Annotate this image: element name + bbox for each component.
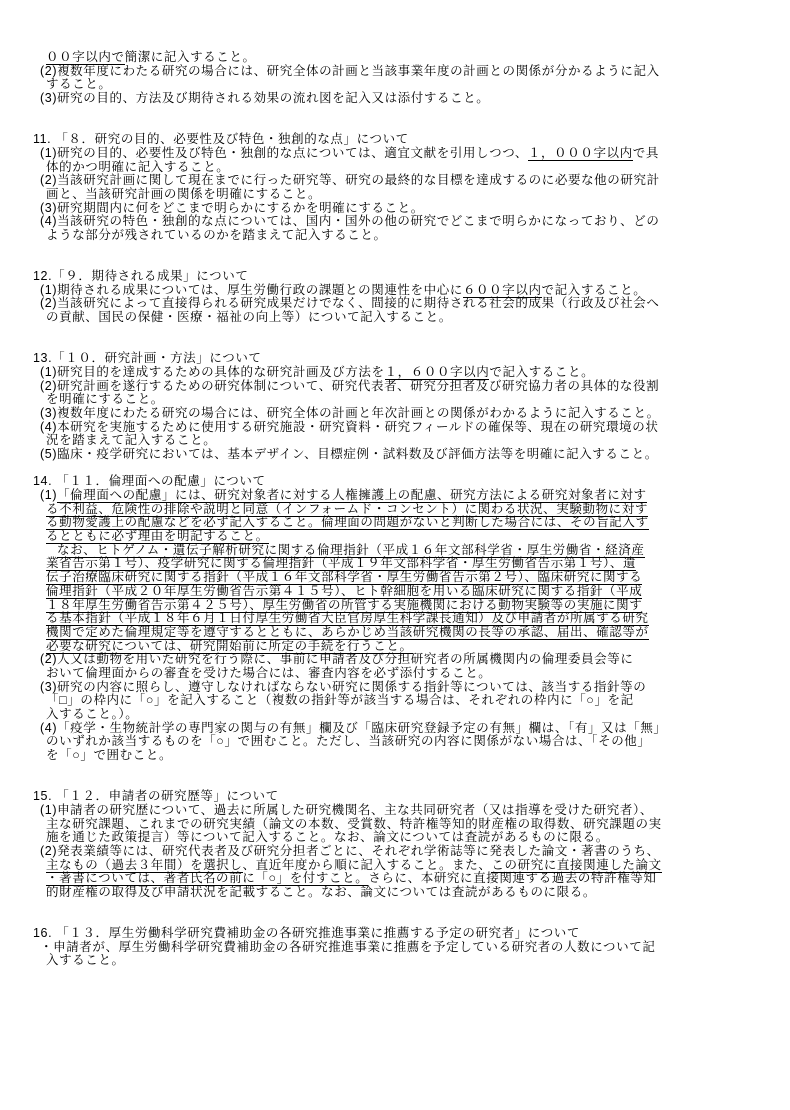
text-line: 況を踏まえて記入すること。 (46, 434, 790, 448)
text-line: 「□」の枠内に「○」を記入すること（複数の指針等が該当する場合は、それぞれの枠内… (46, 694, 790, 708)
text-line: 伝子治療臨床研究に関する指針（平成１６年文部科学省・厚生労働省告示第２号）、臨床… (46, 571, 790, 585)
text-segment: を明確にすること。 (46, 392, 164, 406)
text-segment: (2)発表業績等には、研究代表者及び研究分担者ごとに、それぞれ学術誌等に発表した… (40, 844, 660, 858)
text-line: (1)研究の目的、必要性及び特色・独創的な点については、適宜文献を引用しつつ、１… (40, 147, 790, 161)
text-segment: 体的かつ明確に記入すること。 (46, 160, 229, 174)
text-line: ・申請者が、厚生労働科学研究費補助金の各研究推進事業に推薦を予定している研究者の… (40, 941, 790, 955)
text-segment: (2)当該研究計画に関して現在までに行った研究等、研究の最終的な目標を達成するの… (40, 173, 660, 187)
text-segment: ような部分が残されているのかを踏まえて記入すること。 (46, 228, 387, 242)
text-segment: (5)臨床・疫学研究においては、基本デザイン、目標症例・試料数及び評価方法等を明… (40, 447, 658, 461)
text-segment: (4)本研究を実施するために使用する研究施設・研究資料・研究フィールドの確保等、… (40, 420, 658, 434)
text-segment: 、直近年度から順に記入すること。また、 (243, 858, 492, 872)
text-segment: のいずれか該当するものを「○」で囲むこと。ただし、当該研究の内容に関係がない場合… (46, 734, 651, 748)
text-segment: 簡潔に記入すること。 (125, 50, 256, 64)
section-14: 14. 「１１．倫理面への配慮」について(1)「倫理面への配慮」には、研究対象者… (0, 475, 790, 762)
text-segment: (3)研究期間内に何をどこまで明らかにするかを明確にすること。 (40, 201, 424, 215)
text-segment: 入すること。 (46, 953, 125, 967)
text-line: 13.「１０．研究計画・方法」について (33, 352, 790, 366)
section-16: 16. 「１３．厚生労働科学研究費補助金の各研究推進事業に推薦する予定の研究者」… (0, 927, 790, 968)
text-segment: 12.「９．期待される成果」について (33, 269, 248, 283)
underlined-text: 機関で定めた倫理規定等を遵守するとともに、あらかじめ当該研究機関の長等の承認、届… (46, 625, 649, 640)
text-line: (2)当該研究計画に関して現在までに行った研究等、研究の最終的な目標を達成するの… (40, 174, 790, 188)
text-segment: (2)研究計画を遂行するための研究体制について、研究代表者、研究分担者及び研究協… (40, 379, 659, 393)
text-segment: (1)研究の目的、必要性及び特色・独創的な点については、適宜文献を引用しつつ、 (40, 146, 528, 160)
text-line: (4)当該研究の特色・独創的な点については、国内・国外の他の研究でどこまで明らか… (40, 215, 790, 229)
text-segment: (1)期待される成果については、厚生労働行政の課題との関連性を中心に (40, 283, 463, 297)
text-line: を明確にすること。 (46, 393, 790, 407)
text-segment: (2)複数年度にわたる研究の場合には、研究全体の計画と当該事業年度の計画との関係… (40, 64, 660, 78)
text-line: ような部分が残されているのかを踏まえて記入すること。 (46, 229, 790, 243)
text-line: る基本指針（平成１８年６月１日付厚生労働省大臣官房厚生科学課長通知）及び申請者が… (46, 612, 790, 626)
text-line: (2)複数年度にわたる研究の場合には、研究全体の計画と当該事業年度の計画との関係… (40, 65, 790, 79)
text-line: るとともに必ず理由を明記すること。 (46, 530, 790, 544)
underlined-text: 伝子治療臨床研究に関する指針（平成１６年文部科学省・厚生労働省告示第２号）、臨床… (46, 570, 642, 585)
text-line: 施を通じた政策提言）等について記入すること。なお、論文については査読があるものに… (46, 831, 790, 845)
text-segment: 11. 「８．研究の目的、必要性及び特色・独創的な点」について (33, 132, 409, 146)
text-segment: を「○」で囲むこと。 (46, 748, 172, 762)
text-segment: 主な研究課題、これまでの研究実績（論文の本数、受賞数、特許権等知的財産権の取得数… (46, 817, 662, 831)
text-line: (1)研究目的を達成するための具体的な研究計画及び方法を１，６００字以内で記入す… (40, 366, 790, 380)
text-line: 16. 「１３．厚生労働科学研究費補助金の各研究推進事業に推薦する予定の研究者」… (33, 927, 790, 941)
text-line: を「○」で囲むこと。 (46, 749, 790, 763)
text-segment: 的財産権の取得及び申請状況を記載すること。なお、論文については査読があるものに限… (46, 885, 596, 899)
text-line: のいずれか該当するものを「○」で囲むこと。ただし、当該研究の内容に関係がない場合… (46, 735, 790, 749)
text-line: 倫理指針（平成２０年厚生労働省告示第４１５号）、ヒト幹細胞を用いる臨床研究に関す… (46, 585, 790, 599)
underlined-text: るとともに必ず理由を明記すること。 (46, 529, 269, 544)
text-line: (3)研究の目的、方法及び期待される効果の流れ図を記入又は添付すること。 (40, 92, 790, 106)
text-segment: (3)研究の目的、方法及び期待される効果の流れ図を記入又は添付すること。 (40, 91, 489, 105)
text-segment: で記入すること。 (542, 283, 647, 297)
underlined-text: １，０００字以内 (528, 146, 633, 161)
text-line: (1)「倫理面への配慮」には、研究対象者に対する人権擁護上の配慮、研究方法による… (40, 489, 790, 503)
text-segment: 14. 「１１．倫理面への配慮」について (33, 474, 266, 488)
text-line: 14. 「１１．倫理面への配慮」について (33, 475, 790, 489)
text-segment: (3)複数年度にわたる研究の場合には、研究全体の計画と年次計画との関係がわかるよ… (40, 406, 660, 420)
text-segment: 13.「１０．研究計画・方法」について (33, 351, 262, 365)
text-line: すること。 (46, 78, 790, 92)
underlined-text: 倫理指針（平成２０年厚生労働省告示第４１５号）、ヒト幹細胞を用いる臨床研究に関す… (46, 584, 642, 599)
text-line: 入すること。 (46, 954, 790, 968)
text-segment: (3)研究の内容に照らし、遵守しなければならない研究に関係する指針等については、… (40, 680, 646, 694)
text-segment: おいて倫理面からの審査を受けた場合には、審査内容を必ず添付すること。 (46, 666, 491, 680)
text-line: の貢献、国民の保健・医療・福祉の向上等）について記入すること。 (46, 311, 790, 325)
text-segment: (2)人又は動物を用いた研究を行う際に、事前に申請者及び分担研究者の所属機関内の… (40, 652, 633, 666)
item-10-continuation: ００字以内で簡潔に記入すること。(2)複数年度にわたる研究の場合には、研究全体の… (0, 51, 790, 106)
text-segment: ・申請者が、厚生労働科学研究費補助金の各研究推進事業に推薦を予定している研究者の… (40, 940, 655, 954)
text-line: 入すること。）。 (46, 708, 790, 722)
text-segment: で記入すること。 (489, 365, 594, 379)
text-line: (2)発表業績等には、研究代表者及び研究分担者ごとに、それぞれ学術誌等に発表した… (40, 845, 790, 859)
text-line: 機関で定めた倫理規定等を遵守するとともに、あらかじめ当該研究機関の長等の承認、届… (46, 626, 790, 640)
text-line: (1)申請者の研究歴について、過去に所属した研究機関名、主な共同研究者（又は指導… (40, 804, 790, 818)
document-body: ００字以内で簡潔に記入すること。(2)複数年度にわたる研究の場合には、研究全体の… (0, 51, 790, 968)
text-segment: (4)「疫学・生物統計学の専門家の関与の有無」欄及び「臨床研究登録予定の有無」欄… (40, 721, 667, 735)
text-segment: (2)当該研究によって直接得られる研究成果だけでなく、間接的に期待される社会的成… (40, 296, 659, 310)
text-line: ・著書については、著者氏名の前に「○」を付すこと。さらに、本研究に直接関連する過… (46, 872, 790, 886)
underlined-text: 「倫理面への配慮」には、研究対象者に対する人権擁護上の配慮、研究方法による研究対… (57, 488, 647, 503)
section-11: 11. 「８．研究の目的、必要性及び特色・独創的な点」について(1)研究の目的、… (0, 133, 790, 243)
text-line: (3)複数年度にわたる研究の場合には、研究全体の計画と年次計画との関係がわかるよ… (40, 407, 790, 421)
text-segment: 入すること。）。 (46, 707, 138, 721)
text-segment: で具 (633, 146, 659, 160)
text-line: 15. 「１２．申請者の研究歴等」について (33, 790, 790, 804)
section-12: 12.「９．期待される成果」について(1)期待される成果については、厚生労働行政… (0, 270, 790, 325)
text-line: (5)臨床・疫学研究においては、基本デザイン、目標症例・試料数及び評価方法等を明… (40, 448, 790, 462)
text-segment: (1) (40, 488, 57, 502)
section-15: 15. 「１２．申請者の研究歴等」について(1)申請者の研究歴について、過去に所… (0, 790, 790, 900)
document-page: ００字以内で簡潔に記入すること。(2)複数年度にわたる研究の場合には、研究全体の… (0, 0, 790, 1110)
text-segment: 「□」の枠内に「○」を記入すること（複数の指針等が該当する場合は、それぞれの枠内… (46, 693, 634, 707)
text-segment: すること。 (46, 77, 112, 91)
text-segment: さらに、本研究に直接関連する過去の特許権等知 (368, 871, 656, 885)
text-line: (2)人又は動物を用いた研究を行う際に、事前に申請者及び分担研究者の所属機関内の… (40, 653, 790, 667)
text-line: おいて倫理面からの審査を受けた場合には、審査内容を必ず添付すること。 (46, 667, 790, 681)
section-13: 13.「１０．研究計画・方法」について(1)研究目的を達成するための具体的な研究… (0, 352, 790, 462)
text-line: 的財産権の取得及び申請状況を記載すること。なお、論文については査読があるものに限… (46, 886, 790, 900)
text-segment: の貢献、国民の保健・医療・福祉の向上等）について記入すること。 (46, 310, 452, 324)
text-segment: 画と、当該研究計画の関係を明確にすること。 (46, 187, 321, 201)
text-line: ００字以内で簡潔に記入すること。 (46, 51, 790, 65)
text-segment: (1)申請者の研究歴について、過去に所属した研究機関名、主な共同研究者（又は指導… (40, 803, 653, 817)
text-segment: 況を踏まえて記入すること。 (46, 433, 216, 447)
text-segment: (4)当該研究の特色・独創的な点については、国内・国外の他の研究でどこまで明らか… (40, 214, 659, 228)
text-line: 12.「９．期待される成果」について (33, 270, 790, 284)
text-segment: 15. 「１２．申請者の研究歴等」について (33, 789, 279, 803)
text-segment: (1)研究目的を達成するための具体的な研究計画及び方法を (40, 365, 385, 379)
text-line: 画と、当該研究計画の関係を明確にすること。 (46, 188, 790, 202)
text-segment: 16. 「１３．厚生労働科学研究費補助金の各研究推進事業に推薦する予定の研究者」… (33, 926, 580, 940)
underlined-text: る基本指針（平成１８年６月１日付厚生労働省大臣官房厚生科学課長通知）及び申請者が… (46, 611, 649, 626)
text-segment: 施を通じた政策提言）等について記入すること。なお、論文については査読があるものに… (46, 830, 609, 844)
text-line: 11. 「８．研究の目的、必要性及び特色・独創的な点」について (33, 133, 790, 147)
